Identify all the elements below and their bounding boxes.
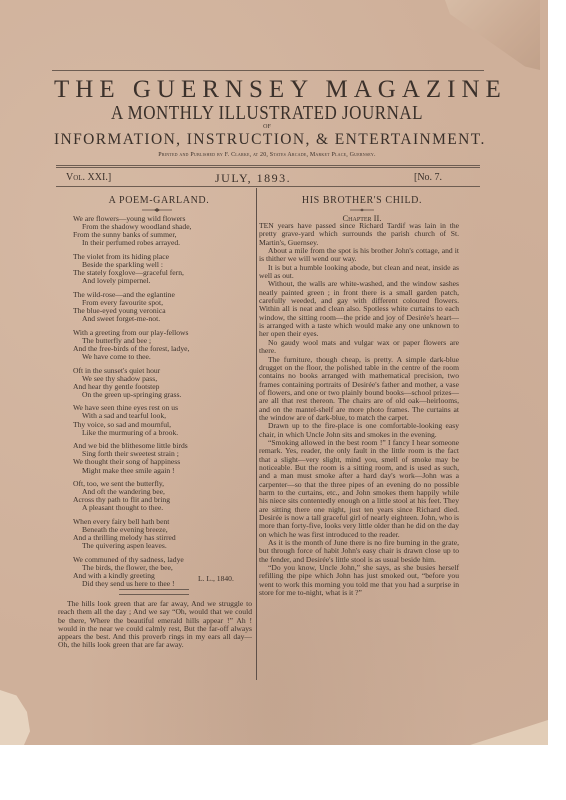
ornament-divider-icon bbox=[142, 207, 172, 213]
poem-stanza: The wild-rose—and the eglantine From eve… bbox=[73, 291, 258, 323]
story-paragraph: Without, the walls are white-washed, and… bbox=[259, 280, 459, 338]
story-paragraph: TEN years have passed since Richard Tard… bbox=[259, 222, 459, 247]
poem-line: And sweet forget-me-not. bbox=[73, 315, 258, 323]
poem-stanza: The violet from its hiding place Beside … bbox=[73, 253, 258, 285]
header-rule-top-2 bbox=[56, 167, 480, 168]
masthead-title: THE GUERNSEY MAGAZINE bbox=[54, 76, 480, 104]
section-double-rule bbox=[119, 589, 189, 595]
story-paragraph: “Do you know, Uncle John,” she says, as … bbox=[259, 564, 459, 597]
torn-corner-top-right bbox=[440, 0, 540, 70]
issue-date: JULY, 1893. bbox=[215, 171, 291, 186]
story-body: TEN years have passed since Richard Tard… bbox=[259, 222, 459, 597]
masthead-subtitle: A MONTHLY ILLUSTRATED JOURNAL bbox=[54, 102, 480, 125]
poem-line: And lovely pimpernel. bbox=[73, 277, 258, 285]
top-rule bbox=[52, 70, 484, 71]
hills-paragraph: The hills look green that are far away, … bbox=[58, 600, 252, 650]
printer-line: Printed and Published by F. Clarke, at 2… bbox=[54, 152, 480, 158]
poem-stanza: Oft, too, we sent the butterfly, And oft… bbox=[73, 480, 258, 512]
magazine-page: THE GUERNSEY MAGAZINE A MONTHLY ILLUSTRA… bbox=[0, 0, 548, 745]
poem-line: In their perfumed robes arrayed. bbox=[73, 239, 258, 247]
masthead-of: OF bbox=[54, 124, 480, 130]
poem-stanza: We have seen thine eyes rest on us With … bbox=[73, 404, 258, 436]
torn-corner-bottom-right bbox=[470, 720, 548, 745]
poem-stanza: We are flowers—young wild flowers From t… bbox=[73, 215, 258, 247]
masthead-tagline: INFORMATION, INSTRUCTION, & ENTERTAINMEN… bbox=[54, 131, 480, 149]
poem-line: Like the murmuring of a brook. bbox=[73, 429, 258, 437]
story-title: HIS BROTHER'S CHILD. bbox=[262, 195, 462, 206]
poem-stanza: We communed of thy sadness, ladye The bi… bbox=[73, 556, 258, 588]
poem-body: We are flowers—young wild flowers From t… bbox=[73, 215, 258, 594]
header-rule-bottom bbox=[56, 186, 480, 187]
poem-line: A pleasant thought to thee. bbox=[73, 504, 258, 512]
story-paragraph: “Smoking allowed in the best room !” I f… bbox=[259, 439, 459, 539]
story-paragraph: The furniture, though cheap, is pretty. … bbox=[259, 356, 459, 423]
poem-stanza: Oft in the sunset's quiet hour We see th… bbox=[73, 367, 258, 399]
volume-label: Vol. XXI.] bbox=[66, 172, 111, 183]
story-paragraph: Drawn up to the fire-place is one comfor… bbox=[259, 422, 459, 439]
issue-number: [No. 7. bbox=[414, 172, 442, 183]
story-paragraph: As it is the month of June there is no f… bbox=[259, 539, 459, 564]
header-rule-top bbox=[56, 165, 480, 166]
poem-stanza: When every fairy bell hath bent Beneath … bbox=[73, 518, 258, 550]
poem-signature: L. L., 1840. bbox=[198, 574, 234, 583]
poem-line: The quivering aspen leaves. bbox=[73, 542, 258, 550]
poem-line: On the green up-springing grass. bbox=[73, 391, 258, 399]
poem-stanza: And we bid the blithesome little birds S… bbox=[73, 442, 258, 474]
poem-stanza: With a greeting from our play-fellows Th… bbox=[73, 329, 258, 361]
story-paragraph: It is but a humble looking abode, but cl… bbox=[259, 264, 459, 281]
poem-line: Might make thee smile again ! bbox=[73, 467, 258, 475]
poem-title: A POEM-GARLAND. bbox=[62, 195, 256, 206]
torn-corner-bottom-left bbox=[0, 690, 30, 745]
poem-line: We have come to thee. bbox=[73, 353, 258, 361]
story-paragraph: No gaudy wool mats and vulgar wax or pap… bbox=[259, 339, 459, 356]
story-paragraph: About a mile from the spot is his brothe… bbox=[259, 247, 459, 264]
